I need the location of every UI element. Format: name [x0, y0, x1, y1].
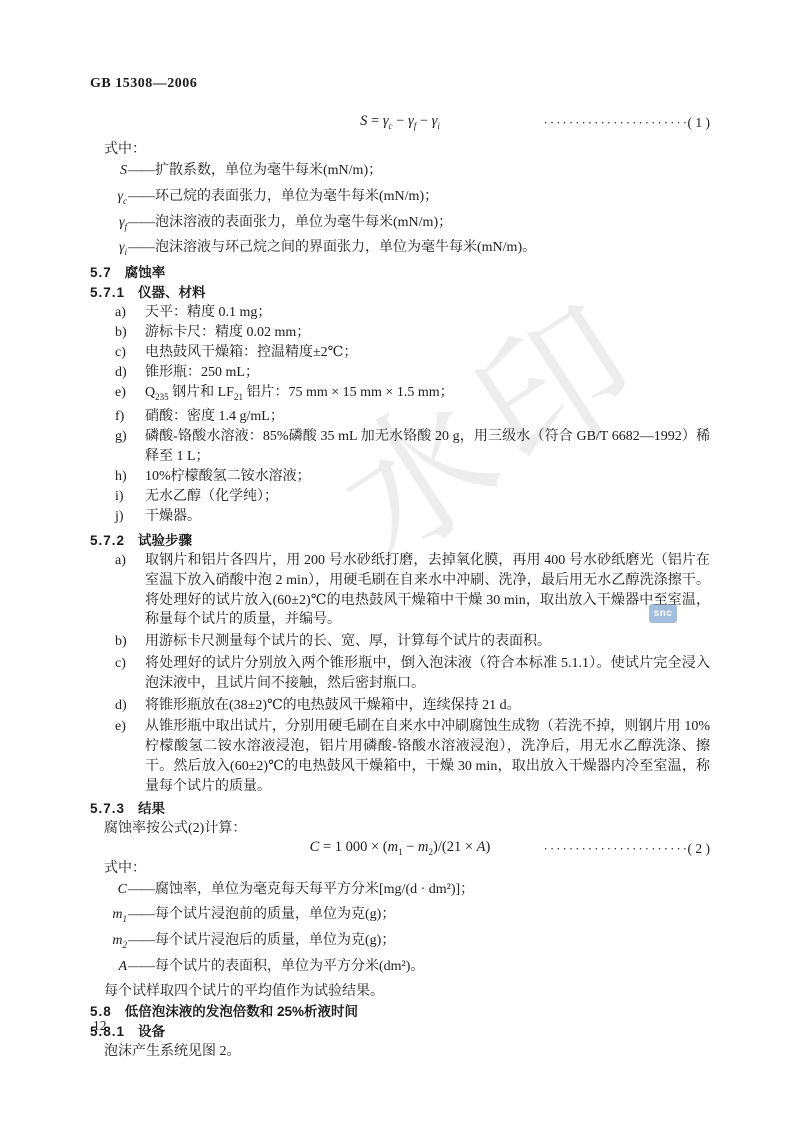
formula-1-leader: ········································…: [544, 115, 711, 131]
definition-term: γf: [90, 212, 127, 238]
list-letter: i): [90, 487, 145, 507]
section-heading-5-7-2: 5.7.2试验步骤: [90, 531, 710, 551]
list-letter: f): [90, 407, 145, 427]
list-item-text: 硝酸：密度 1.4 g/mL；: [145, 407, 710, 427]
section-title: 结果: [138, 801, 165, 816]
section-heading-5-7-3: 5.7.3结果: [90, 799, 710, 819]
procedure-steps: a)取钢片和铝片各四片，用 200 号水砂纸打磨，去掉氧化膜，再用 400 号水…: [90, 551, 710, 797]
definition-term: S: [90, 160, 127, 186]
formula-operator: =: [367, 113, 382, 129]
definition-row: C —— 腐蚀率，单位为毫克每天每平方分米[mg/(d · dm²)]；: [90, 879, 710, 905]
list-item: b)用游标卡尺测量每个试片的长、宽、厚，计算每个试片的表面积。: [90, 632, 710, 652]
definition-desc: 每个试片浸泡前的质量，单位为克(g)；: [155, 904, 710, 930]
definition-dash: ——: [127, 186, 155, 212]
section-heading-5-8: 5.8低倍泡沫液的发泡倍数和 25%析液时间: [90, 1002, 710, 1022]
list-letter: a): [90, 551, 145, 630]
definition-dash: ——: [127, 879, 155, 905]
where-label: 式中：: [90, 140, 710, 160]
list-item-text: 磷酸-铬酸水溶液：85%磷酸 35 mL 加无水铬酸 20 g，用三级水（符合 …: [145, 427, 710, 467]
section-number: 5.7: [90, 265, 112, 280]
page-number: 12: [93, 1018, 107, 1034]
definition-term: m2: [90, 930, 127, 956]
where-label: 式中：: [90, 859, 710, 879]
formula-subscript: i: [437, 121, 440, 131]
definition-desc: 每个试片的表面积，单位为平方分米(dm²)。: [155, 956, 710, 982]
formula-operator: −: [416, 113, 431, 129]
formula-1-expression: S = γc − γf − γi: [360, 113, 440, 131]
definition-desc: 泡沫溶液的表面张力，单位为毫牛每米(mN/m)；: [155, 212, 710, 238]
document-page: 水印 snc GB 15308—2006 S = γc − γf − γi ··…: [0, 0, 794, 1123]
definition-term: γc: [90, 186, 127, 212]
definition-term: C: [90, 879, 127, 905]
dotted-leader: ········································: [544, 115, 686, 131]
list-item: h)10%柠檬酸氢二铵水溶液；: [90, 467, 710, 487]
list-item-text: Q235 钢片和 LF21 铝片：75 mm × 15 mm × 1.5 mm；: [145, 383, 710, 407]
list-item-text: 游标卡尺：精度 0.02 mm；: [145, 323, 710, 343]
list-item-text: 干燥器。: [145, 507, 710, 527]
list-item-text: 无水乙醇（化学纯）；: [145, 487, 710, 507]
list-item-text: 从锥形瓶中取出试片，分别用硬毛刷在自来水中冲刷腐蚀生成物（若洗不掉，则钢片用 1…: [145, 717, 710, 796]
list-item-text: 将锥形瓶放在(38±2)℃的电热鼓风干燥箱中，连续保持 21 d。: [145, 696, 710, 716]
formula-2-expression: C = 1 000 × (m1 − m2)/(21 × A): [310, 839, 491, 857]
definition-row: m1 —— 每个试片浸泡前的质量，单位为克(g)；: [90, 904, 710, 930]
list-item-text: 将处理好的试片分别放入两个锥形瓶中，倒入泡沫液（符合本标准 5.1.1）。使试片…: [145, 654, 710, 694]
definition-desc: 腐蚀率，单位为毫克每天每平方分米[mg/(d · dm²)]；: [155, 879, 710, 905]
section-heading-5-7-1: 5.7.1仪器、材料: [90, 283, 710, 303]
list-item: c)电热鼓风干燥箱：控温精度±2℃；: [90, 343, 710, 363]
list-item: d)将锥形瓶放在(38±2)℃的电热鼓风干燥箱中，连续保持 21 d。: [90, 696, 710, 716]
definition-row: A —— 每个试片的表面积，单位为平方分米(dm²)。: [90, 956, 710, 982]
list-item-text: 天平：精度 0.1 mg；: [145, 303, 710, 323]
section-title: 试验步骤: [138, 533, 192, 548]
section-title: 设备: [138, 1024, 165, 1039]
list-item-text: 用游标卡尺测量每个试片的长、宽、厚，计算每个试片的表面积。: [145, 632, 710, 652]
formula-operator: −: [403, 839, 418, 855]
dotted-leader: ········································: [544, 841, 686, 857]
formula-operator: ): [486, 839, 491, 855]
list-item-text: 锥形瓶：250 mL；: [145, 363, 710, 383]
definition-desc: 扩散系数，单位为毫牛每米(mN/m)；: [155, 160, 710, 186]
equation-number: ( 2 ): [686, 841, 711, 857]
list-letter: d): [90, 363, 145, 383]
formula-1-row: S = γc − γf − γi ·······················…: [90, 113, 710, 133]
list-letter: b): [90, 323, 145, 343]
section-heading-5-7: 5.7腐蚀率: [90, 263, 710, 283]
list-item-text: 取钢片和铝片各四片，用 200 号水砂纸打磨，去掉氧化膜，再用 400 号水砂纸…: [145, 551, 710, 630]
list-item: g)磷酸-铬酸水溶液：85%磷酸 35 mL 加无水铬酸 20 g，用三级水（符…: [90, 427, 710, 467]
list-item: c)将处理好的试片分别放入两个锥形瓶中，倒入泡沫液（符合本标准 5.1.1）。使…: [90, 654, 710, 694]
list-item: b)游标卡尺：精度 0.02 mm；: [90, 323, 710, 343]
definition-term: γi: [90, 237, 127, 263]
list-letter: a): [90, 303, 145, 323]
list-letter: b): [90, 632, 145, 652]
formula-var: A: [477, 839, 486, 855]
list-letter: c): [90, 654, 145, 694]
list-item: f)硝酸：密度 1.4 g/mL；: [90, 407, 710, 427]
list-letter: h): [90, 467, 145, 487]
section-title: 腐蚀率: [125, 265, 166, 280]
definition-row: γf —— 泡沫溶液的表面张力，单位为毫牛每米(mN/m)；: [90, 212, 710, 238]
list-item: e) Q235 钢片和 LF21 铝片：75 mm × 15 mm × 1.5 …: [90, 383, 710, 407]
definition-row: S —— 扩散系数，单位为毫牛每米(mN/m)；: [90, 160, 710, 186]
list-item: i)无水乙醇（化学纯）；: [90, 487, 710, 507]
definition-row: γc —— 环己烷的表面张力，单位为毫牛每米(mN/m)；: [90, 186, 710, 212]
definition-desc: 环己烷的表面张力，单位为毫牛每米(mN/m)；: [155, 186, 710, 212]
definition-dash: ——: [127, 212, 155, 238]
definition-term: A: [90, 956, 127, 982]
definition-dash: ——: [127, 956, 155, 982]
definition-term: m1: [90, 904, 127, 930]
list-letter: d): [90, 696, 145, 716]
list-item-text: 电热鼓风干燥箱：控温精度±2℃；: [145, 343, 710, 363]
average-note: 每个试样取四个试片的平均值作为试验结果。: [90, 982, 710, 1002]
figure-reference-note: 泡沫产生系统见图 2。: [90, 1042, 710, 1062]
formula-operator: −: [393, 113, 408, 129]
list-letter: e): [90, 383, 145, 407]
definition-desc: 每个试片浸泡后的质量，单位为克(g)；: [155, 930, 710, 956]
list-letter: j): [90, 507, 145, 527]
formula-operator: = 1 000 × (: [319, 839, 387, 855]
list-item: e)从锥形瓶中取出试片，分别用硬毛刷在自来水中冲刷腐蚀生成物（若洗不掉，则钢片用…: [90, 717, 710, 796]
formula-var: m: [418, 839, 428, 855]
definition-dash: ——: [127, 237, 155, 263]
formula-2-row: C = 1 000 × (m1 − m2)/(21 × A) ·········…: [90, 839, 710, 859]
section-heading-5-8-1: 5.8.1设备: [90, 1022, 710, 1042]
list-item-text: 10%柠檬酸氢二铵水溶液；: [145, 467, 710, 487]
definition-dash: ——: [127, 904, 155, 930]
definition-dash: ——: [127, 160, 155, 186]
formula-operator: )/(21 ×: [433, 839, 477, 855]
formula-2-leader: ········································…: [544, 841, 711, 857]
section-title: 仪器、材料: [138, 285, 206, 300]
section-number: 5.7.2: [90, 533, 125, 548]
definition-dash: ——: [127, 930, 155, 956]
page-content: GB 15308—2006 S = γc − γf − γi ·········…: [90, 76, 710, 1062]
equation-number: ( 1 ): [686, 115, 711, 131]
list-item: d)锥形瓶：250 mL；: [90, 363, 710, 383]
section-number: 5.7.3: [90, 801, 125, 816]
definition-row: γi —— 泡沫溶液与环己烷之间的界面张力，单位为毫牛每米(mN/m)。: [90, 237, 710, 263]
list-item: a)天平：精度 0.1 mg；: [90, 303, 710, 323]
section-number: 5.8: [90, 1004, 112, 1019]
list-letter: g): [90, 427, 145, 467]
formula-var: m: [388, 839, 398, 855]
section-number: 5.7.1: [90, 285, 125, 300]
calc-intro: 腐蚀率按公式(2)计算：: [90, 819, 710, 839]
section-title: 低倍泡沫液的发泡倍数和 25%析液时间: [125, 1004, 358, 1019]
formula-var: C: [310, 839, 320, 855]
list-letter: c): [90, 343, 145, 363]
definition-desc: 泡沫溶液与环己烷之间的界面张力，单位为毫牛每米(mN/m)。: [155, 237, 710, 263]
list-letter: e): [90, 717, 145, 796]
standard-number-header: GB 15308—2006: [90, 76, 710, 92]
definition-row: m2 —— 每个试片浸泡后的质量，单位为克(g)；: [90, 930, 710, 956]
list-item: a)取钢片和铝片各四片，用 200 号水砂纸打磨，去掉氧化膜，再用 400 号水…: [90, 551, 710, 630]
list-item: j)干燥器。: [90, 507, 710, 527]
